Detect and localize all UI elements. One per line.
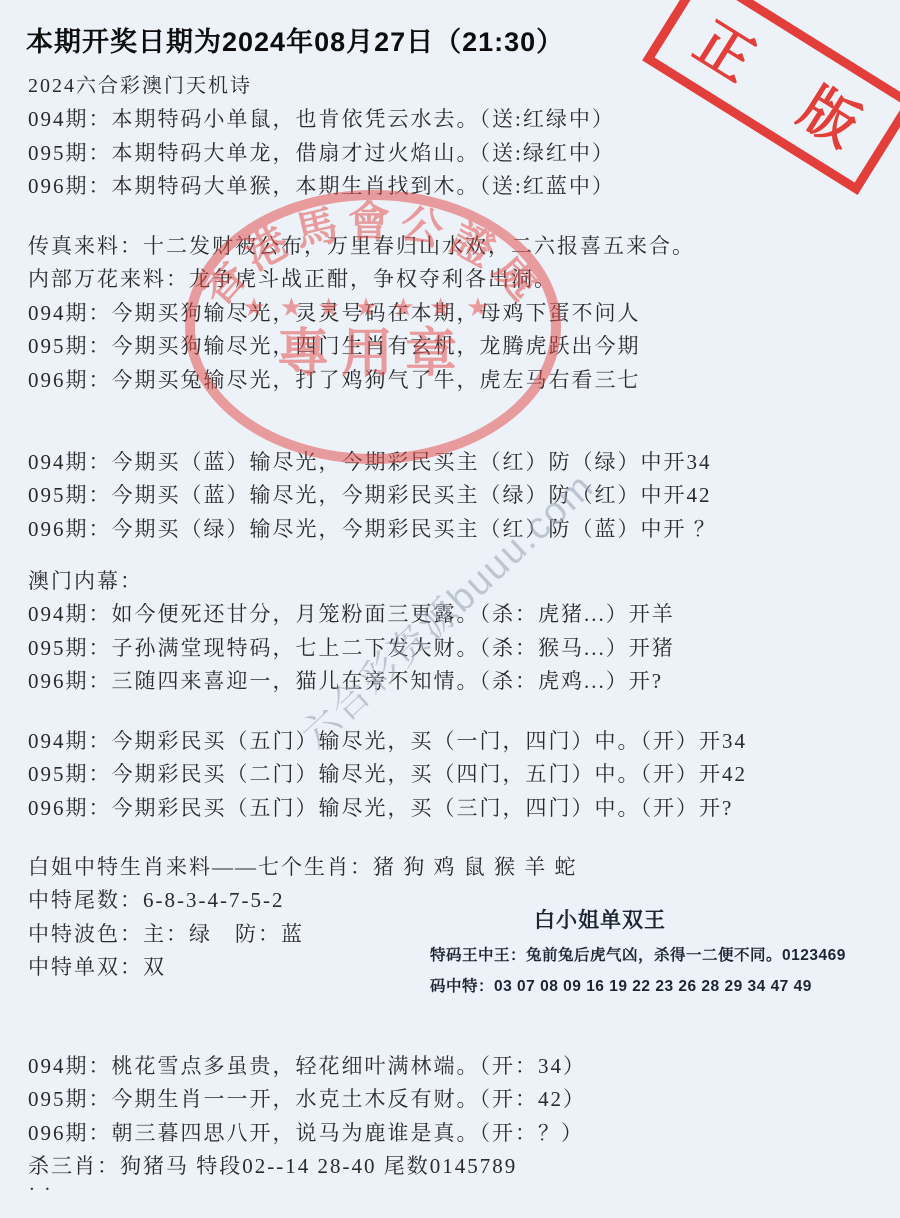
text-line: 内部万花来料：龙争虎斗战正酣，争权夺利各出洞。 [28,263,695,296]
results-section: 094期：桃花雪点多虽贵，轻花细叶满林端。（开：34） 095期：今期生肖一一开… [28,1050,586,1184]
text-line: 095期：今期买（蓝）输尽光，今期彩民买主（绿）防（红）中开42 [28,479,717,512]
text-line: 传真来料：十二发财被公布，万里春归山水欢，二六报喜五来合。 [28,230,695,263]
tema-wang-line: 特码王中王：兔前兔后虎气凶，杀得一二便不同。0123469 [430,943,846,965]
baixiaojie-title: 白小姐单双王 [440,904,760,934]
text-line: 094期：今期买（蓝）输尽光，今期彩民买主（红）防（绿）中开34 [28,446,717,479]
five-gate-section: 094期：今期彩民买（五门）输尽光，买（一门，四门）中。（开）开34 095期：… [28,725,747,825]
zhengban-stamp-text: 正 版 [660,0,899,176]
text-line: 094期：桃花雪点多虽贵，轻花细叶满林端。（开：34） [28,1050,586,1083]
text-line: 杀三肖：狗猪马 特段02--14 28-40 尾数0145789 [28,1150,586,1183]
section-title: 2024六合彩澳门天机诗 [28,70,615,103]
zhengban-stamp: 正 版 [642,0,900,195]
fax-tips-section: 传真来料：十二发财被公布，万里春归山水欢，二六报喜五来合。 内部万花来料：龙争虎… [28,230,695,397]
text-line: 096期：今期买（绿）输尽光，今期彩民买主（红）防（蓝）中开 ？ [28,513,717,546]
section-title: 澳门内幕： [28,565,675,598]
text-line: 094期：本期特码小单鼠，也肯依凭云水去。（送:红绿中） [28,103,615,136]
text-line: 096期：朝三暮四思八开，说马为鹿谁是真。（开：？） [28,1117,586,1150]
text-line: 096期：今期买兔输尽光，打了鸡狗气了牛，虎左马右看三七 [28,364,695,397]
text-line: 095期：本期特码大单龙，借扇才过火焰山。（送:绿红中） [28,137,615,170]
text-line: 095期：今期彩民买（二门）输尽光，买（四门，五门）中。（开）开42 [28,758,747,791]
color-bet-section: 094期：今期买（蓝）输尽光，今期彩民买主（红）防（绿）中开34 095期：今期… [28,446,717,546]
page-title: 本期开奖日期为2024年08月27日（21:30） [26,20,564,59]
text-line: 094期：今期买狗输尽光，灵灵号码在本期，母鸡下蛋不问人 [28,297,695,330]
text-line: 白姐中特生肖来料——七个生肖：猪 狗 鸡 鼠 猴 羊 蛇 [28,851,578,884]
ma-zhong-te-line: 码中特：03 07 08 09 16 19 22 23 26 28 29 34 … [430,974,812,996]
text-line: 095期：今期生肖一一开，水克土木反有财。（开：42） [28,1083,586,1116]
text-line: 096期：本期特码大单猴，本期生肖找到木。（送:红蓝中） [28,170,615,203]
tianji-poem-section: 2024六合彩澳门天机诗 094期：本期特码小单鼠，也肯依凭云水去。（送:红绿中… [28,70,615,204]
footer-dots: . . [30,1178,53,1195]
text-line: 094期：今期彩民买（五门）输尽光，买（一门，四门）中。（开）开34 [28,725,747,758]
macau-insider-section: 澳门内幕： 094期：如今便死还甘分，月笼粉面三更露。（杀：虎猪...）开羊 0… [28,565,675,699]
text-line: 096期：今期彩民买（五门）输尽光，买（三门，四门）中。（开）开? [28,792,747,825]
text-line: 096期：三随四来喜迎一，猫儿在旁不知情。（杀：虎鸡...）开? [28,665,675,698]
text-line: 095期：子孙满堂现特码，七上二下发大财。（杀：猴马...）开猪 [28,632,675,665]
text-line: 095期：今期买狗输尽光，四门生肖有玄机，龙腾虎跃出今期 [28,330,695,363]
text-line: 094期：如今便死还甘分，月笼粉面三更露。（杀：虎猪...）开羊 [28,598,675,631]
